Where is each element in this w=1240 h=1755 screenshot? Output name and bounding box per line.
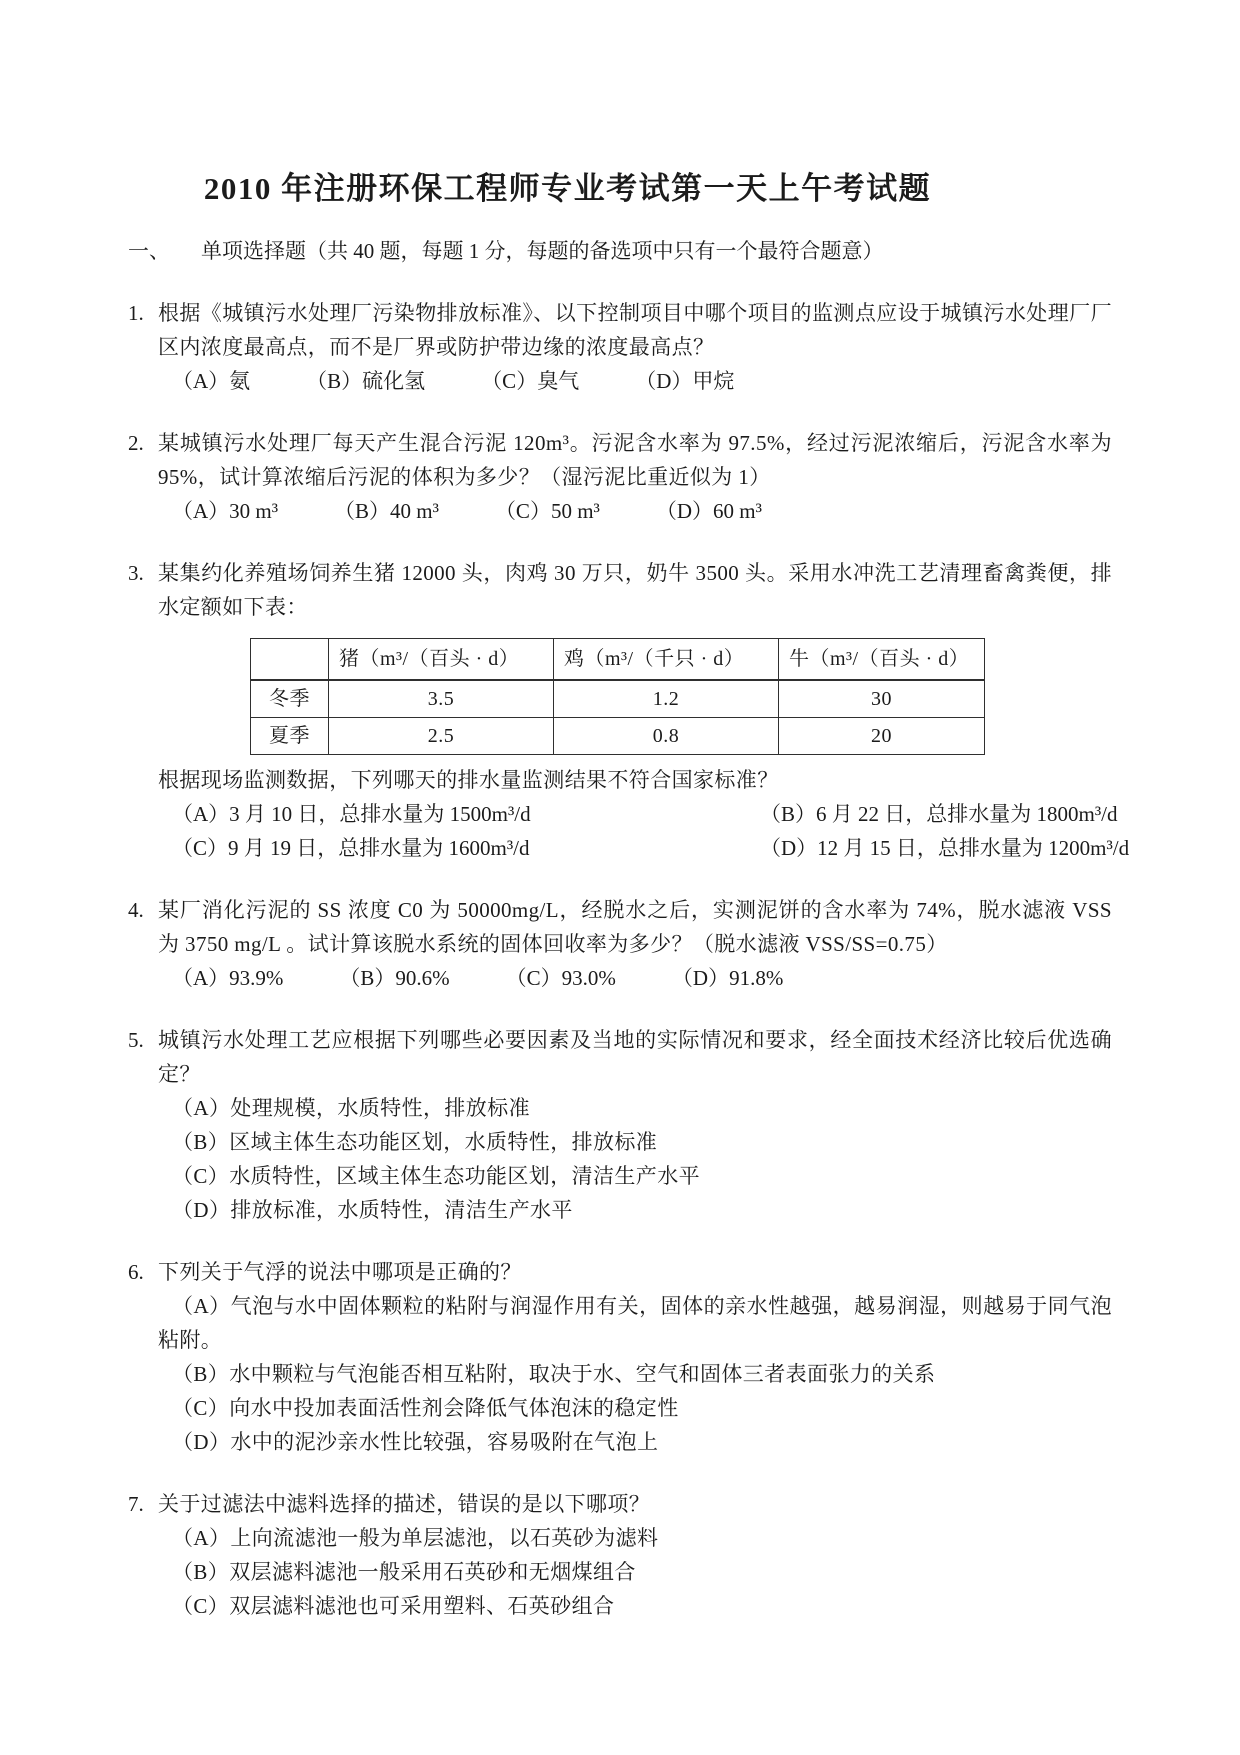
table-cell: 1.2	[554, 680, 779, 718]
question-number: 6.	[128, 1255, 158, 1459]
section-number: 一、	[128, 234, 201, 268]
option-d: （D）甲烷	[635, 364, 734, 398]
option-a: （A）气泡与水中固体颗粒的粘附与润湿作用有关，固体的亲水性越强，越易润湿，则越易…	[158, 1289, 1112, 1357]
question-options: （A）3 月 10 日，总排水量为 1500m³/d （B）6 月 22 日，总…	[172, 797, 1112, 865]
question-stem: 关于过滤法中滤料选择的描述，错误的是以下哪项？	[158, 1487, 1112, 1521]
option-b: （B）硫化氢	[306, 364, 425, 398]
table-cell: 30	[779, 680, 985, 718]
question-stem-continued: 根据现场监测数据，下列哪天的排水量监测结果不符合国家标准？	[158, 763, 1112, 797]
table-cell: 20	[779, 718, 985, 755]
table-header-cell: 鸡（m³/（千只 · d）	[554, 639, 779, 681]
question-number: 5.	[128, 1023, 158, 1227]
question-options: （A）氨 （B）硫化氢 （C）臭气 （D）甲烷	[172, 364, 1112, 398]
question-stem: 某城镇污水处理厂每天产生混合污泥 120m³。污泥含水率为 97.5%，经过污泥…	[158, 426, 1112, 494]
section-instructions: 单项选择题（共 40 题，每题 1 分，每题的备选项中只有一个最符合题意）	[201, 234, 884, 268]
question-options: （A）30 m³ （B）40 m³ （C）50 m³ （D）60 m³	[172, 494, 1112, 528]
option-a: （A）30 m³	[172, 494, 278, 528]
question-4: 4. 某厂消化污泥的 SS 浓度 C0 为 50000mg/L，经脱水之后，实测…	[128, 893, 1112, 995]
option-d: （D）排放标准，水质特性，清洁生产水平	[158, 1193, 1112, 1227]
option-c: （C）50 m³	[495, 494, 600, 528]
option-a: （A）3 月 10 日，总排水量为 1500m³/d	[172, 797, 760, 831]
question-1: 1. 根据《城镇污水处理厂污染物排放标准》、以下控制项目中哪个项目的监测点应设于…	[128, 296, 1112, 398]
option-a: （A）93.9%	[172, 961, 283, 995]
question-stem: 城镇污水处理工艺应根据下列哪些必要因素及当地的实际情况和要求，经全面技术经济比较…	[158, 1023, 1112, 1091]
question-options: （A）气泡与水中固体颗粒的粘附与润湿作用有关，固体的亲水性越强，越易润湿，则越易…	[158, 1289, 1112, 1459]
table-cell: 夏季	[251, 718, 329, 755]
table-header-cell: 牛（m³/（百头 · d）	[779, 639, 985, 681]
table-cell: 0.8	[554, 718, 779, 755]
question-number: 3.	[128, 556, 158, 865]
option-c: （C）双层滤料滤池也可采用塑料、石英砂组合	[158, 1589, 1112, 1623]
option-a: （A）处理规模，水质特性，排放标准	[158, 1091, 1112, 1125]
question-number: 4.	[128, 893, 158, 995]
table-row-winter: 冬季 3.5 1.2 30	[251, 680, 985, 718]
question-stem: 某集约化养殖场饲养生猪 12000 头，肉鸡 30 万只，奶牛 3500 头。采…	[158, 556, 1112, 624]
question-5: 5. 城镇污水处理工艺应根据下列哪些必要因素及当地的实际情况和要求，经全面技术经…	[128, 1023, 1112, 1227]
section-heading: 一、 单项选择题（共 40 题，每题 1 分，每题的备选项中只有一个最符合题意）	[128, 234, 1112, 268]
question-stem: 某厂消化污泥的 SS 浓度 C0 为 50000mg/L，经脱水之后，实测泥饼的…	[158, 893, 1112, 961]
question-options: （A）上向流滤池一般为单层滤池，以石英砂为滤料 （B）双层滤料滤池一般采用石英砂…	[158, 1521, 1112, 1623]
page-title: 2010 年注册环保工程师专业考试第一天上午考试题	[128, 163, 1112, 208]
drainage-quota-table: 猪（m³/（百头 · d） 鸡（m³/（千只 · d） 牛（m³/（百头 · d…	[250, 638, 985, 755]
option-c: （C）93.0%	[506, 961, 616, 995]
question-stem: 根据《城镇污水处理厂污染物排放标准》、以下控制项目中哪个项目的监测点应设于城镇污…	[158, 296, 1112, 364]
table-cell: 3.5	[329, 680, 554, 718]
option-d: （D）60 m³	[656, 494, 762, 528]
option-b: （B）6 月 22 日，总排水量为 1800m³/d	[760, 797, 1129, 831]
question-number: 2.	[128, 426, 158, 528]
question-options: （A）93.9% （B）90.6% （C）93.0% （D）91.8%	[172, 961, 1112, 995]
table-cell: 冬季	[251, 680, 329, 718]
question-2: 2. 某城镇污水处理厂每天产生混合污泥 120m³。污泥含水率为 97.5%，经…	[128, 426, 1112, 528]
option-d: （D）水中的泥沙亲水性比较强，容易吸附在气泡上	[158, 1425, 1112, 1459]
table-cell: 2.5	[329, 718, 554, 755]
question-6: 6. 下列关于气浮的说法中哪项是正确的？ （A）气泡与水中固体颗粒的粘附与润湿作…	[128, 1255, 1112, 1459]
question-stem: 下列关于气浮的说法中哪项是正确的？	[158, 1255, 1112, 1289]
option-c: （C）水质特性，区域主体生态功能区划，清洁生产水平	[158, 1159, 1112, 1193]
option-a: （A）氨	[172, 364, 250, 398]
option-b: （B）40 m³	[334, 494, 439, 528]
option-c: （C）臭气	[481, 364, 579, 398]
option-d: （D）12 月 15 日，总排水量为 1200m³/d	[760, 831, 1129, 865]
table-header-cell	[251, 639, 329, 681]
option-b: （B）水中颗粒与气泡能否相互粘附，取决于水、空气和固体三者表面张力的关系	[158, 1357, 1112, 1391]
table-row-summer: 夏季 2.5 0.8 20	[251, 718, 985, 755]
question-number: 7.	[128, 1487, 158, 1623]
question-7: 7. 关于过滤法中滤料选择的描述，错误的是以下哪项？ （A）上向流滤池一般为单层…	[128, 1487, 1112, 1623]
document-page: 2010 年注册环保工程师专业考试第一天上午考试题 一、 单项选择题（共 40 …	[0, 0, 1240, 1755]
option-c: （C）向水中投加表面活性剂会降低气体泡沫的稳定性	[158, 1391, 1112, 1425]
option-d: （D）91.8%	[672, 961, 783, 995]
option-b: （B）区域主体生态功能区划，水质特性，排放标准	[158, 1125, 1112, 1159]
option-b: （B）90.6%	[339, 961, 449, 995]
option-c: （C）9 月 19 日，总排水量为 1600m³/d	[172, 831, 760, 865]
option-a: （A）上向流滤池一般为单层滤池，以石英砂为滤料	[158, 1521, 1112, 1555]
question-options: （A）处理规模，水质特性，排放标准 （B）区域主体生态功能区划，水质特性，排放标…	[158, 1091, 1112, 1227]
question-3: 3. 某集约化养殖场饲养生猪 12000 头，肉鸡 30 万只，奶牛 3500 …	[128, 556, 1112, 865]
table-header-row: 猪（m³/（百头 · d） 鸡（m³/（千只 · d） 牛（m³/（百头 · d…	[251, 639, 985, 681]
option-b: （B）双层滤料滤池一般采用石英砂和无烟煤组合	[158, 1555, 1112, 1589]
table-header-cell: 猪（m³/（百头 · d）	[329, 639, 554, 681]
question-number: 1.	[128, 296, 158, 398]
